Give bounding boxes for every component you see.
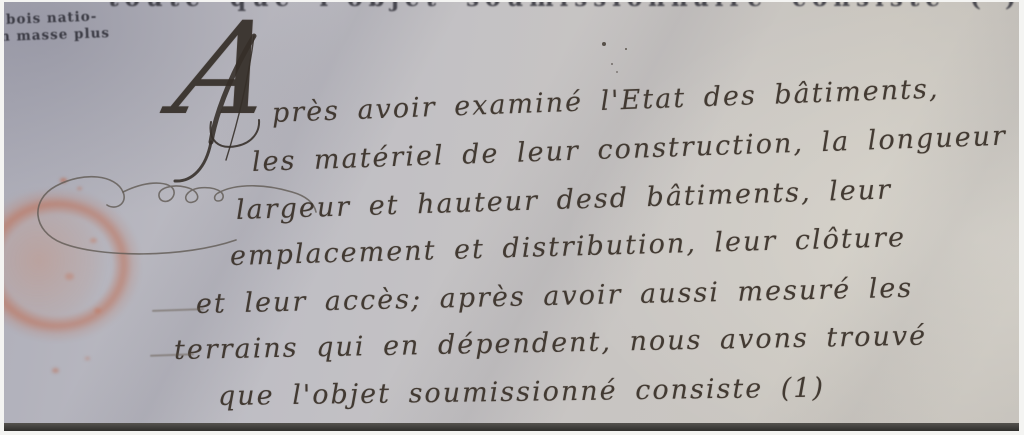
manuscript-line: que l'objet soumissionné consiste (1) <box>218 374 825 412</box>
manuscript-line: près avoir examiné l'Etat des bâtiments, <box>271 75 939 129</box>
manuscript-line: terrains qui en dépendent, nous avons tr… <box>174 322 928 366</box>
printed-margin-line: n masse plus <box>4 25 110 46</box>
printed-margin-fragment: bois natio- n masse plus <box>6 10 110 44</box>
manuscript-photo: toute que l'objet soumissionnaire consis… <box>4 2 1019 431</box>
manuscript-line: emplacement et distribution, leur clôtur… <box>230 223 907 272</box>
manuscript-line: les matériel de leur construction, la lo… <box>251 122 1007 178</box>
photo-frame: toute que l'objet soumissionnaire consis… <box>0 0 1024 435</box>
drop-cap-initial: A <box>165 10 287 130</box>
manuscript-line: largeur et hauteur desd bâtiments, leur <box>236 175 893 226</box>
ink-specks <box>602 42 606 46</box>
manuscript-line: et leur accès; après avoir aussi mesuré … <box>196 274 914 320</box>
photo-bottom-edge <box>4 423 1019 431</box>
red-ink-stamp <box>4 160 172 370</box>
